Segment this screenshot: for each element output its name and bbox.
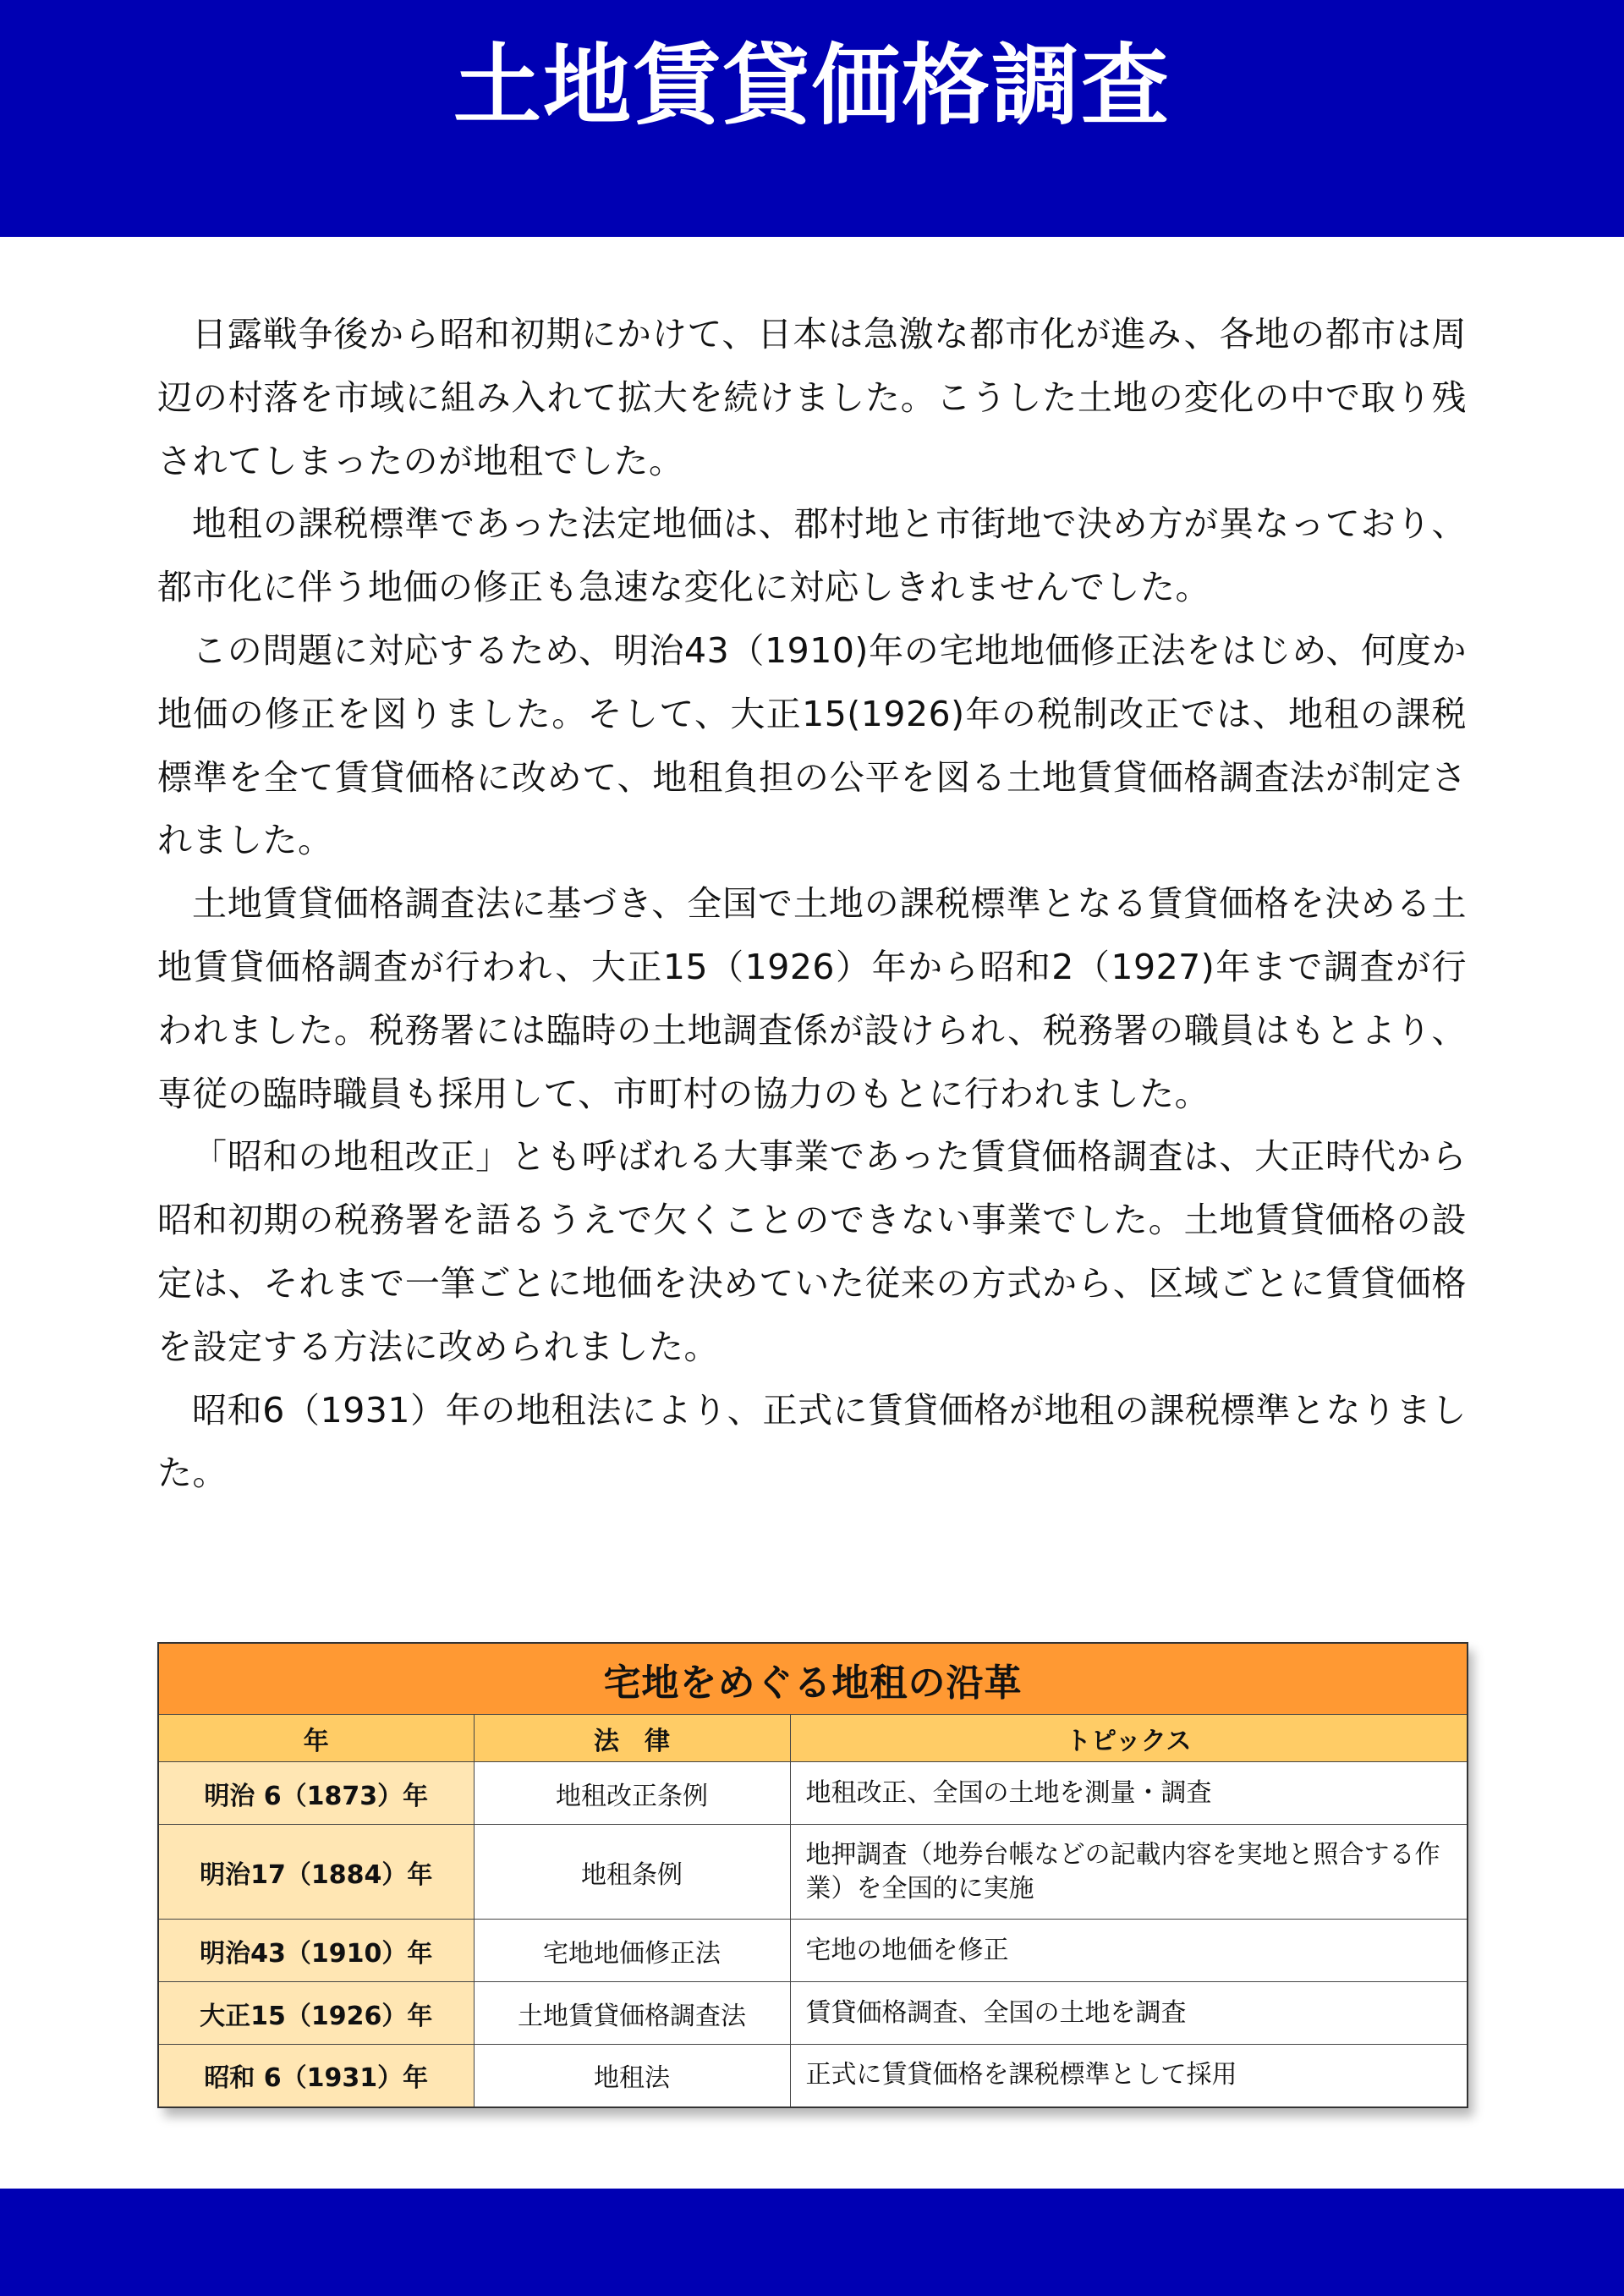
topic-cell: 正式に賃貸価格を課税標準として採用 <box>790 2045 1468 2107</box>
law-cell: 地租改正条例 <box>474 1762 790 1825</box>
body-text: 日露戦争後から昭和初期にかけて、日本は急激な都市化が進み、各地の都市は周辺の村落… <box>157 303 1467 1505</box>
topic-cell: 賃貸価格調査、全国の土地を調査 <box>790 1982 1468 2045</box>
year-cell: 大正15（1926）年 <box>158 1982 474 2045</box>
year-cell: 明治43（1910）年 <box>158 1920 474 1982</box>
paragraph: 日露戦争後から昭和初期にかけて、日本は急激な都市化が進み、各地の都市は周辺の村落… <box>157 303 1467 492</box>
history-table-container: 宅地をめぐる地租の沿革 年 法 律 トピックス 明治 6（1873）年 地租改正… <box>157 1642 1467 2108</box>
table-title: 宅地をめぐる地租の沿革 <box>158 1643 1468 1715</box>
topic-cell: 宅地の地価を修正 <box>790 1920 1468 1982</box>
table-row: 明治17（1884）年 地租条例 地押調査（地券台帳などの記載内容を実地と照合す… <box>158 1825 1468 1920</box>
page-title: 土地賃貸価格調査 <box>453 41 1171 129</box>
law-cell: 地租条例 <box>474 1825 790 1920</box>
table-row: 昭和 6（1931）年 地租法 正式に賃貸価格を課税標準として採用 <box>158 2045 1468 2107</box>
year-cell: 明治17（1884）年 <box>158 1825 474 1920</box>
table-row: 明治43（1910）年 宅地地価修正法 宅地の地価を修正 <box>158 1920 1468 1982</box>
law-cell: 土地賃貸価格調査法 <box>474 1982 790 2045</box>
column-header-topics: トピックス <box>790 1715 1468 1762</box>
header-band: 土地賃貸価格調査 <box>0 0 1624 237</box>
paragraph: 土地賃貸価格調査法に基づき、全国で土地の課税標準となる賃貸価格を決める土地賃貸価… <box>157 872 1467 1125</box>
topic-cell: 地租改正、全国の土地を測量・調査 <box>790 1762 1468 1825</box>
law-cell: 地租法 <box>474 2045 790 2107</box>
law-cell: 宅地地価修正法 <box>474 1920 790 1982</box>
paragraph: 「昭和の地租改正」とも呼ばれる大事業であった賃貸価格調査は、大正時代から昭和初期… <box>157 1125 1467 1378</box>
column-header-law: 法 律 <box>474 1715 790 1762</box>
paragraph: この問題に対応するため、明治43（1910)年の宅地地価修正法をはじめ、何度か地… <box>157 619 1467 872</box>
history-table: 宅地をめぐる地租の沿革 年 法 律 トピックス 明治 6（1873）年 地租改正… <box>157 1642 1468 2108</box>
topic-cell: 地押調査（地券台帳などの記載内容を実地と照合する作業）を全国的に実施 <box>790 1825 1468 1920</box>
table-row: 明治 6（1873）年 地租改正条例 地租改正、全国の土地を測量・調査 <box>158 1762 1468 1825</box>
year-cell: 昭和 6（1931）年 <box>158 2045 474 2107</box>
column-header-year: 年 <box>158 1715 474 1762</box>
table-row: 大正15（1926）年 土地賃貸価格調査法 賃貸価格調査、全国の土地を調査 <box>158 1982 1468 2045</box>
footer-band <box>0 2189 1624 2296</box>
paragraph: 昭和6（1931）年の地租法により、正式に賃貸価格が地租の課税標準となりました。 <box>157 1379 1467 1506</box>
year-cell: 明治 6（1873）年 <box>158 1762 474 1825</box>
paragraph: 地租の課税標準であった法定地価は、郡村地と市街地で決め方が異なっており、都市化に… <box>157 492 1467 619</box>
